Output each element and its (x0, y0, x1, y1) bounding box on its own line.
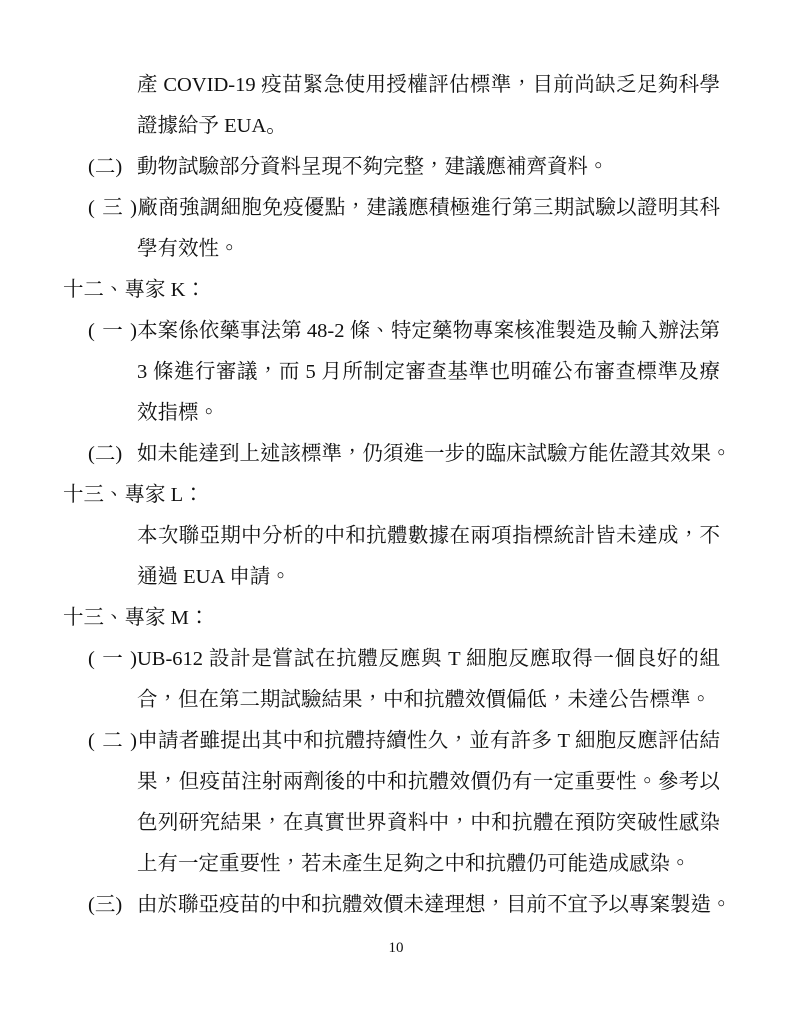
doc-line: 效指標。 (63, 393, 720, 434)
item-label: (三) (88, 885, 137, 926)
doc-line: 合，但在第二期試驗結果，中和抗體效價偏低，未達公告標準。 (63, 680, 720, 721)
doc-line: 證據給予 EUA。 (63, 106, 720, 147)
doc-line: 3 條進行審議，而 5 月所制定審查基準也明確公布審查標準及療 (63, 352, 720, 393)
doc-line: 學有效性。 (63, 229, 720, 270)
doc-line: (一)UB-612 設計是嘗試在抗體反應與 T 細胞反應取得一個良好的組 (63, 639, 720, 680)
section-heading: 十三、專家 M： (63, 598, 720, 639)
line-text: 如未能達到上述該標準，仍須進一步的臨床試驗方能佐證其效果。 (137, 443, 732, 465)
doc-line: 本次聯亞期中分析的中和抗體數據在兩項指標統計皆未達成，不 (63, 516, 720, 557)
doc-line: 色列研究結果，在真實世界資料中，中和抗體在預防突破性感染 (63, 803, 720, 844)
item-label: (三) (88, 188, 137, 229)
item-label: (一) (88, 311, 137, 352)
item-label: (二) (88, 434, 137, 475)
doc-line: 果，但疫苗注射兩劑後的中和抗體效價仍有一定重要性。參考以 (63, 762, 720, 803)
doc-line: (二)如未能達到上述該標準，仍須進一步的臨床試驗方能佐證其效果。 (63, 434, 720, 475)
doc-line: 通過 EUA 申請。 (63, 557, 720, 598)
line-text: UB-612 設計是嘗試在抗體反應與 T 細胞反應取得一個良好的組 (137, 648, 720, 670)
section-heading: 十二、專家 K： (63, 270, 720, 311)
document-body: 產 COVID-19 疫苗緊急使用授權評估標準，目前尚缺乏足夠科學 證據給予 E… (63, 65, 720, 926)
page-number: 10 (0, 938, 792, 958)
doc-line: 上有一定重要性，若未產生足夠之中和抗體仍可能造成感染。 (63, 844, 720, 885)
item-label: (二) (88, 147, 137, 188)
doc-line: (一)本案係依藥事法第 48-2 條、特定藥物專案核准製造及輸入辦法第 (63, 311, 720, 352)
item-label: (一) (88, 639, 137, 680)
doc-line: 產 COVID-19 疫苗緊急使用授權評估標準，目前尚缺乏足夠科學 (63, 65, 720, 106)
line-text: 廠商強調細胞免疫優點，建議應積極進行第三期試驗以證明其科 (137, 197, 720, 219)
doc-line: (二)申請者雖提出其中和抗體持續性久，並有許多 T 細胞反應評估結 (63, 721, 720, 762)
document-page: 產 COVID-19 疫苗緊急使用授權評估標準，目前尚缺乏足夠科學 證據給予 E… (0, 0, 792, 1025)
doc-line: (三)由於聯亞疫苗的中和抗體效價未達理想，目前不宜予以專案製造。 (63, 885, 720, 926)
section-heading: 十三、專家 L： (63, 475, 720, 516)
doc-line: (二)動物試驗部分資料呈現不夠完整，建議應補齊資料。 (63, 147, 720, 188)
line-text: 由於聯亞疫苗的中和抗體效價未達理想，目前不宜予以專案製造。 (137, 894, 732, 916)
line-text: 申請者雖提出其中和抗體持續性久，並有許多 T 細胞反應評估結 (137, 730, 720, 752)
line-text: 動物試驗部分資料呈現不夠完整，建議應補齊資料。 (137, 156, 609, 178)
item-label: (二) (88, 721, 137, 762)
doc-line: (三)廠商強調細胞免疫優點，建議應積極進行第三期試驗以證明其科 (63, 188, 720, 229)
line-text: 本案係依藥事法第 48-2 條、特定藥物專案核准製造及輸入辦法第 (137, 320, 720, 342)
